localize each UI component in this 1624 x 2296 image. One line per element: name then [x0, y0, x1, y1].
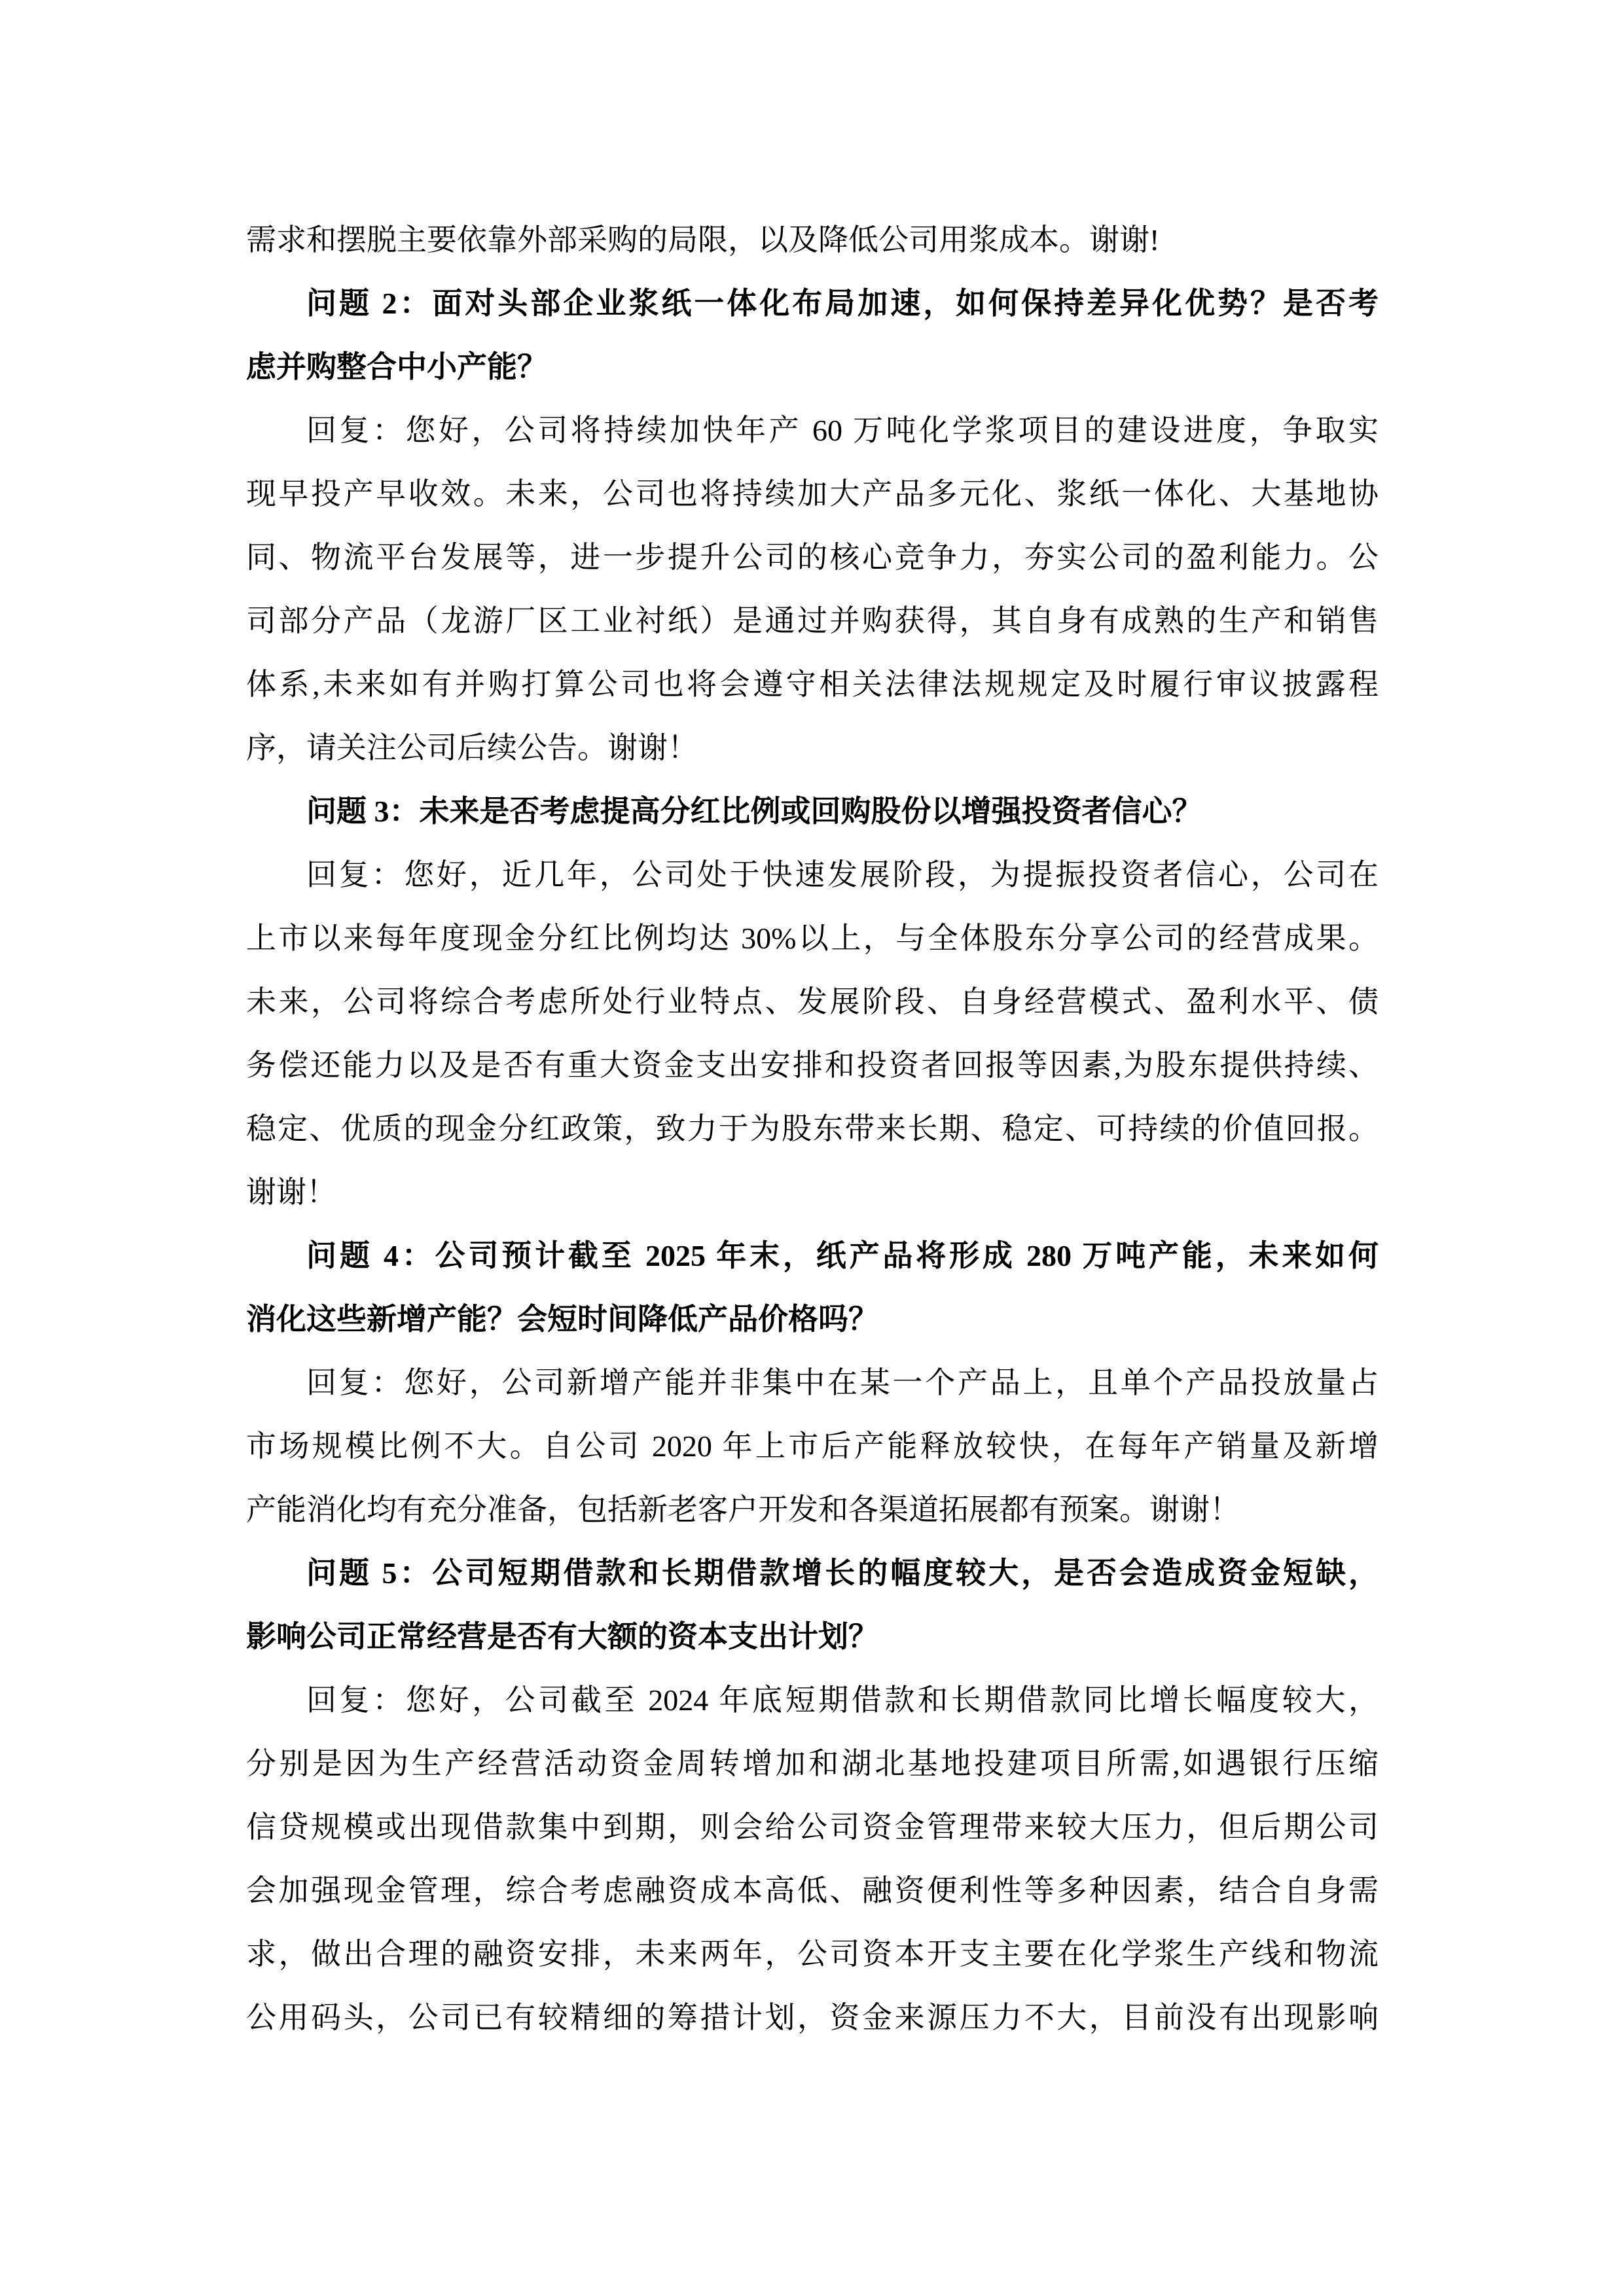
- text-line: 回复：您好，公司新增产能并非集中在某一个产品上，且单个产品投放量占: [246, 1351, 1379, 1414]
- text-line: 消化这些新增产能？会短时间降低产品价格吗？: [246, 1287, 1379, 1351]
- text-line: 序，请关注公司后续公告。谢谢！: [246, 716, 1379, 780]
- text-line: 产能消化均有充分准备，包括新老客户开发和各渠道拓展都有预案。谢谢！: [246, 1478, 1379, 1541]
- text-line: 上市以来每年度现金分红比例均达 30%以上，与全体股东分享公司的经营成果。: [246, 906, 1379, 970]
- text-line: 回复：您好，近几年，公司处于快速发展阶段，为提振投资者信心，公司在: [246, 843, 1379, 906]
- text-line: 问题 5：公司短期借款和长期借款增长的幅度较大，是否会造成资金短缺，: [246, 1541, 1379, 1605]
- text-line: 影响公司正常经营是否有大额的资本支出计划？: [246, 1605, 1379, 1668]
- text-line: 务偿还能力以及是否有重大资金支出安排和投资者回报等因素,为股东提供持续、: [246, 1033, 1379, 1097]
- text-line: 需求和摆脱主要依靠外部采购的局限，以及降低公司用浆成本。谢谢!: [246, 208, 1379, 272]
- document-body: 需求和摆脱主要依靠外部采购的局限，以及降低公司用浆成本。谢谢!问题 2：面对头部…: [246, 208, 1379, 2049]
- text-line: 信贷规模或出现借款集中到期，则会给公司资金管理带来较大压力，但后期公司: [246, 1795, 1379, 1859]
- text-line: 回复：您好，公司将持续加快年产 60 万吨化学浆项目的建设进度，争取实: [246, 399, 1379, 462]
- text-line: 同、物流平台发展等，进一步提升公司的核心竞争力，夯实公司的盈利能力。公: [246, 526, 1379, 589]
- text-line: 虑并购整合中小产能？: [246, 335, 1379, 399]
- text-line: 分别是因为生产经营活动资金周转增加和湖北基地投建项目所需,如遇银行压缩: [246, 1732, 1379, 1795]
- text-line: 市场规模比例不大。自公司 2020 年上市后产能释放较快，在每年产销量及新增: [246, 1414, 1379, 1478]
- text-line: 谢谢！: [246, 1160, 1379, 1224]
- text-line: 体系,未来如有并购打算公司也将会遵守相关法律法规规定及时履行审议披露程: [246, 653, 1379, 716]
- text-line: 公用码头，公司已有较精细的筹措计划，资金来源压力不大，目前没有出现影响: [246, 1986, 1379, 2049]
- text-line: 司部分产品（龙游厂区工业衬纸）是通过并购获得，其自身有成熟的生产和销售: [246, 589, 1379, 653]
- text-line: 求，做出合理的融资安排，未来两年，公司资本开支主要在化学浆生产线和物流: [246, 1922, 1379, 1986]
- text-line: 问题 3：未来是否考虑提高分红比例或回购股份以增强投资者信心？: [246, 780, 1379, 843]
- text-line: 稳定、优质的现金分红政策，致力于为股东带来长期、稳定、可持续的价值回报。: [246, 1097, 1379, 1160]
- text-line: 问题 4：公司预计截至 2025 年末，纸产品将形成 280 万吨产能，未来如何: [246, 1224, 1379, 1287]
- text-line: 现早投产早收效。未来，公司也将持续加大产品多元化、浆纸一体化、大基地协: [246, 462, 1379, 526]
- text-line: 未来，公司将综合考虑所处行业特点、发展阶段、自身经营模式、盈利水平、债: [246, 970, 1379, 1033]
- text-line: 会加强现金管理，综合考虑融资成本高低、融资便利性等多种因素，结合自身需: [246, 1859, 1379, 1922]
- text-line: 问题 2：面对头部企业浆纸一体化布局加速，如何保持差异化优势？是否考: [246, 272, 1379, 335]
- text-line: 回复：您好，公司截至 2024 年底短期借款和长期借款同比增长幅度较大，: [246, 1668, 1379, 1732]
- document-page: 需求和摆脱主要依靠外部采购的局限，以及降低公司用浆成本。谢谢!问题 2：面对头部…: [0, 0, 1624, 2296]
